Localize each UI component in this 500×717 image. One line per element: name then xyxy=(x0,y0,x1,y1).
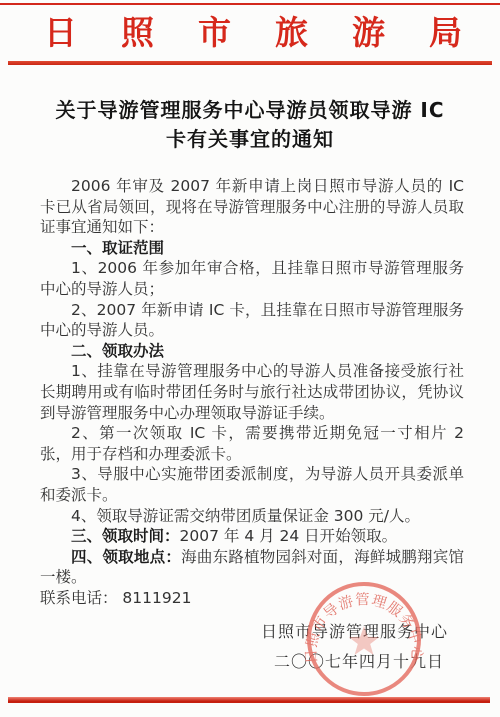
bottom-border-line xyxy=(8,697,490,703)
agency-name: 日照市旅游局 xyxy=(0,12,500,54)
section1-heading: 一、取证范围 xyxy=(40,238,464,259)
section4-line: 四、领取地点：海曲东路植物园斜对面，海鲜城鹏翔宾馆一楼。 xyxy=(40,547,464,588)
section1-item: 2、2007 年新申请 IC 卡，且挂靠在日照市导游管理服务中心的导游人员。 xyxy=(40,300,464,341)
section3-line: 三、领取时间：2007 年 4 月 24 日开始领取。 xyxy=(40,526,464,547)
section2-item: 3、导服中心实施带团委派制度，为导游人员开具委派单和委派卡。 xyxy=(40,464,464,505)
contact-phone: 联系电话： 8111921 xyxy=(40,588,464,609)
header-divider-line xyxy=(8,61,492,65)
section3-label: 三、领取时间： xyxy=(71,527,180,545)
document-title-line2: 卡有关事宜的通知 xyxy=(30,125,470,154)
signature-date: 二〇〇七年四月十九日 xyxy=(274,649,444,672)
section3-text: 2007 年 4 月 24 日开始领取。 xyxy=(180,527,398,545)
notice-page: 日照市旅游局 关于导游管理服务中心导游员领取导游 IC 卡有关事宜的通知 200… xyxy=(0,0,500,717)
section4-label: 四、领取地点： xyxy=(71,548,181,566)
document-body: 2006 年审及 2007 年新申请上岗日照市导游人员的 IC 卡已从省局领回，… xyxy=(40,176,464,608)
section2-item: 2、第一次领取 IC 卡，需要携带近期免冠一寸相片 2 张，用于存档和办理委派卡… xyxy=(40,423,464,464)
document-title: 关于导游管理服务中心导游员领取导游 IC 卡有关事宜的通知 xyxy=(30,96,470,154)
intro-paragraph: 2006 年审及 2007 年新申请上岗日照市导游人员的 IC 卡已从省局领回，… xyxy=(40,176,464,238)
section2-item: 1、挂靠在导游管理服务中心的导游人员准备接受旅行社长期聘用或有临时带团任务时与旅… xyxy=(40,361,464,423)
signature-organization: 日照市导游管理服务中心 xyxy=(261,619,448,642)
section2-heading: 二、领取办法 xyxy=(40,341,464,362)
section1-item: 1、2006 年参加年审合格，且挂靠日照市导游管理服务中心的导游人员； xyxy=(40,258,464,299)
document-title-line1: 关于导游管理服务中心导游员领取导游 IC xyxy=(30,96,470,125)
top-border-line xyxy=(0,3,500,5)
section2-item: 4、领取导游证需交纳带团质量保证金 300 元/人。 xyxy=(40,506,464,527)
